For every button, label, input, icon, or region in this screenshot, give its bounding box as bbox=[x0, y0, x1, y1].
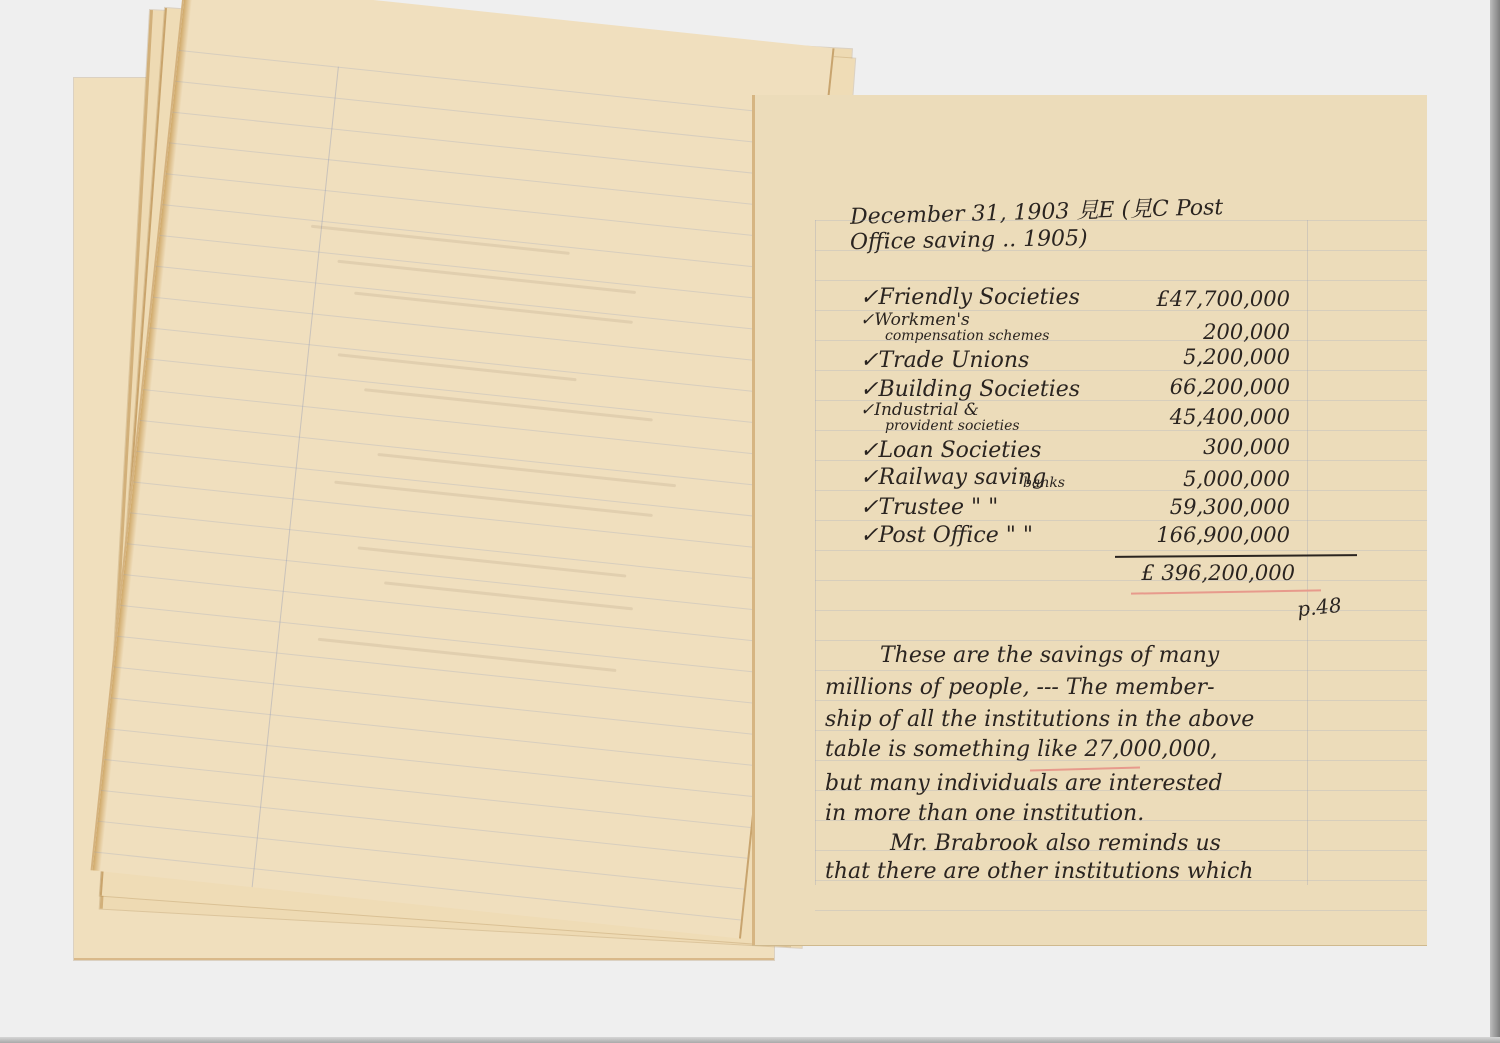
ruled-line bbox=[815, 820, 1427, 821]
ruled-line bbox=[815, 430, 1427, 431]
paragraph-line: ship of all the institutions in the abov… bbox=[825, 707, 1254, 732]
ruled-line bbox=[815, 640, 1427, 641]
ruled-line bbox=[815, 610, 1427, 611]
row-label: ✓Workmen's bbox=[860, 310, 970, 330]
row-amount: 45,400,000 bbox=[1090, 405, 1290, 429]
ruled-line bbox=[815, 340, 1427, 341]
ruled-line bbox=[815, 490, 1427, 491]
ruled-line bbox=[127, 543, 774, 612]
paragraph-line: in more than one institution. bbox=[825, 801, 1144, 826]
row-amount: 5,200,000 bbox=[1090, 345, 1290, 369]
ruled-line bbox=[815, 790, 1427, 791]
heading-line-1: December 31, 1903 見E (見C Post bbox=[850, 190, 1224, 231]
ruled-line bbox=[114, 667, 761, 736]
ruled-line bbox=[101, 790, 748, 859]
ruled-line bbox=[815, 250, 1427, 251]
row-amount: 166,900,000 bbox=[1090, 523, 1290, 547]
ruled-line bbox=[149, 327, 796, 396]
ruled-line bbox=[815, 730, 1427, 731]
ruled-line bbox=[175, 81, 822, 150]
ruled-line bbox=[815, 910, 1427, 911]
ruled-line bbox=[815, 670, 1427, 671]
ruled-line bbox=[815, 550, 1427, 551]
ruled-line bbox=[815, 760, 1427, 761]
ruled-line bbox=[179, 50, 826, 119]
paragraph-line: These are the savings of many bbox=[880, 643, 1219, 668]
show-through-ink bbox=[311, 225, 570, 255]
row-amount: 59,300,000 bbox=[1090, 495, 1290, 519]
table-total: £ 396,200,000 bbox=[1095, 561, 1295, 585]
left-page bbox=[91, 0, 835, 939]
row-label: ✓Post Office " " bbox=[860, 523, 1033, 548]
margin-line bbox=[1307, 220, 1308, 885]
total-rule bbox=[1115, 554, 1357, 557]
ruled-line bbox=[815, 520, 1427, 521]
row-sublabel: banks bbox=[1023, 475, 1065, 491]
row-amount: £47,700,000 bbox=[1090, 287, 1290, 311]
row-amount: 66,200,000 bbox=[1090, 375, 1290, 399]
ruled-line bbox=[815, 580, 1427, 581]
page-reference: p.48 bbox=[1296, 593, 1343, 622]
paragraph-line: but many individuals are interested bbox=[825, 771, 1223, 796]
ruled-line bbox=[815, 850, 1427, 851]
ruled-line bbox=[166, 173, 813, 242]
ruled-line bbox=[169, 142, 816, 211]
ruled-line bbox=[120, 605, 767, 674]
show-through-ink bbox=[354, 292, 633, 324]
row-amount: 300,000 bbox=[1090, 435, 1290, 459]
show-through-ink bbox=[318, 638, 617, 672]
ruled-line bbox=[104, 759, 751, 828]
row-label: ✓Friendly Societies bbox=[860, 285, 1080, 310]
ruled-line bbox=[815, 280, 1427, 281]
ruled-line bbox=[124, 574, 771, 643]
row-label: ✓Building Societies bbox=[860, 377, 1080, 402]
ruled-line bbox=[815, 370, 1427, 371]
row-amount: 5,000,000 bbox=[1090, 467, 1290, 491]
ruled-line bbox=[162, 204, 809, 273]
show-through-ink bbox=[334, 481, 653, 517]
right-page: December 31, 1903 見E (見C Post Office sav… bbox=[752, 95, 1427, 945]
ruled-line bbox=[107, 728, 754, 797]
row-label: ✓Trustee " " bbox=[860, 495, 998, 520]
paragraph-line: table is something like 27,000,000, bbox=[825, 737, 1218, 762]
ruled-line bbox=[172, 112, 819, 181]
scanner-edge bbox=[1490, 0, 1500, 1043]
show-through-ink bbox=[377, 453, 676, 487]
ruled-line bbox=[133, 482, 780, 551]
margin-line bbox=[815, 220, 816, 885]
ruled-line bbox=[815, 880, 1427, 881]
row-sublabel: compensation schemes bbox=[885, 328, 1049, 344]
ruled-line bbox=[117, 636, 764, 705]
red-pencil-underline bbox=[1131, 589, 1321, 594]
ruled-line bbox=[815, 400, 1427, 401]
ruled-line bbox=[140, 420, 787, 489]
ruled-line bbox=[130, 512, 777, 581]
ruled-line bbox=[815, 700, 1427, 701]
ruled-line bbox=[815, 310, 1427, 311]
row-label: ✓Industrial & bbox=[860, 400, 979, 420]
ruled-line bbox=[815, 220, 1427, 221]
paragraph-line: millions of people, --- The member- bbox=[825, 675, 1215, 700]
scanner-bottom-edge bbox=[0, 1037, 1500, 1043]
row-sublabel: provident societies bbox=[885, 418, 1020, 434]
row-label: ✓Railway saving bbox=[860, 465, 1046, 490]
ruled-line bbox=[98, 821, 745, 890]
show-through-ink bbox=[338, 353, 577, 381]
ruled-line bbox=[815, 460, 1427, 461]
paragraph-line: Mr. Brabrook also reminds us bbox=[890, 831, 1221, 856]
ruled-line bbox=[111, 697, 758, 766]
